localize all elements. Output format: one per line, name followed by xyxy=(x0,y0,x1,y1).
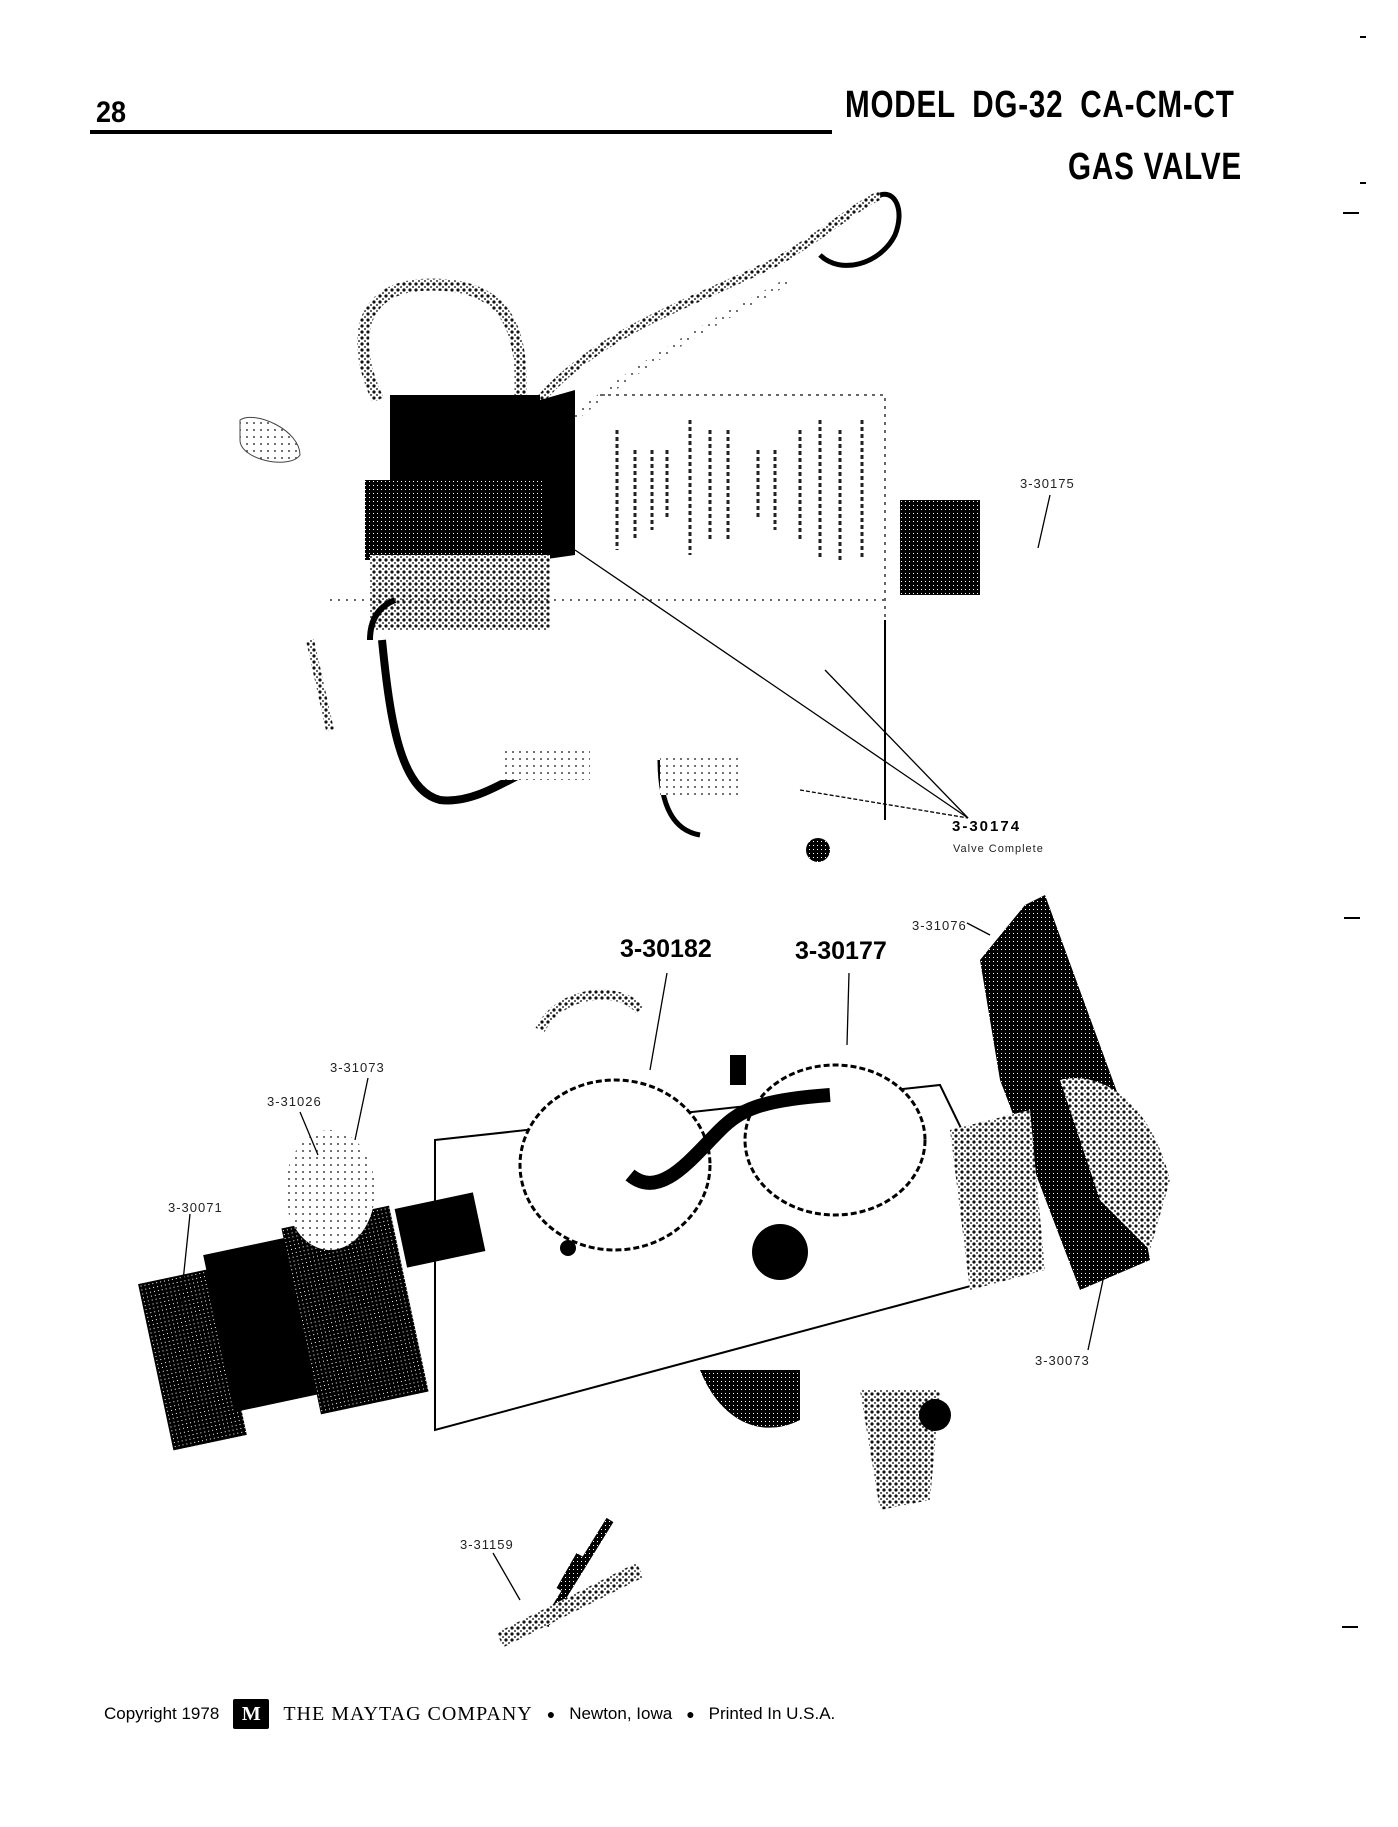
caption-valve-complete: Valve Complete xyxy=(953,843,1044,855)
scan-edge-mark xyxy=(1343,212,1359,214)
part-label-3-30182: 3-30182 xyxy=(620,935,712,964)
copyright-text: Copyright 1978 xyxy=(104,1704,219,1724)
scan-edge-mark xyxy=(1344,917,1360,919)
part-label-3-30073: 3-30073 xyxy=(1035,1353,1090,1368)
bottom-valve-photo xyxy=(138,895,1170,1640)
part-label-3-30177: 3-30177 xyxy=(795,937,887,966)
scan-edge-mark xyxy=(1360,182,1366,184)
top-valve-photo xyxy=(240,194,1050,862)
gas-valve-illustration xyxy=(0,0,1398,1827)
part-label-3-30071: 3-30071 xyxy=(168,1200,223,1215)
location-text: Newton, Iowa xyxy=(569,1704,672,1724)
company-name: THE MAYTAG COMPANY xyxy=(283,1703,532,1726)
footer: Copyright 1978 M THE MAYTAG COMPANY ● Ne… xyxy=(104,1699,835,1729)
maytag-logo-icon: M xyxy=(233,1699,269,1729)
bullet-icon: ● xyxy=(686,1706,694,1722)
scan-edge-mark xyxy=(1360,36,1366,38)
part-label-3-31026: 3-31026 xyxy=(267,1094,322,1109)
part-label-3-31073: 3-31073 xyxy=(330,1060,385,1075)
printed-text: Printed In U.S.A. xyxy=(709,1704,836,1724)
part-label-3-30175: 3-30175 xyxy=(1020,476,1075,491)
bullet-icon: ● xyxy=(547,1706,555,1722)
part-label-3-31076: 3-31076 xyxy=(912,918,967,933)
part-label-3-31159: 3-31159 xyxy=(460,1537,514,1552)
scan-edge-mark xyxy=(1342,1626,1358,1628)
part-label-3-30174: 3-30174 xyxy=(952,818,1021,835)
